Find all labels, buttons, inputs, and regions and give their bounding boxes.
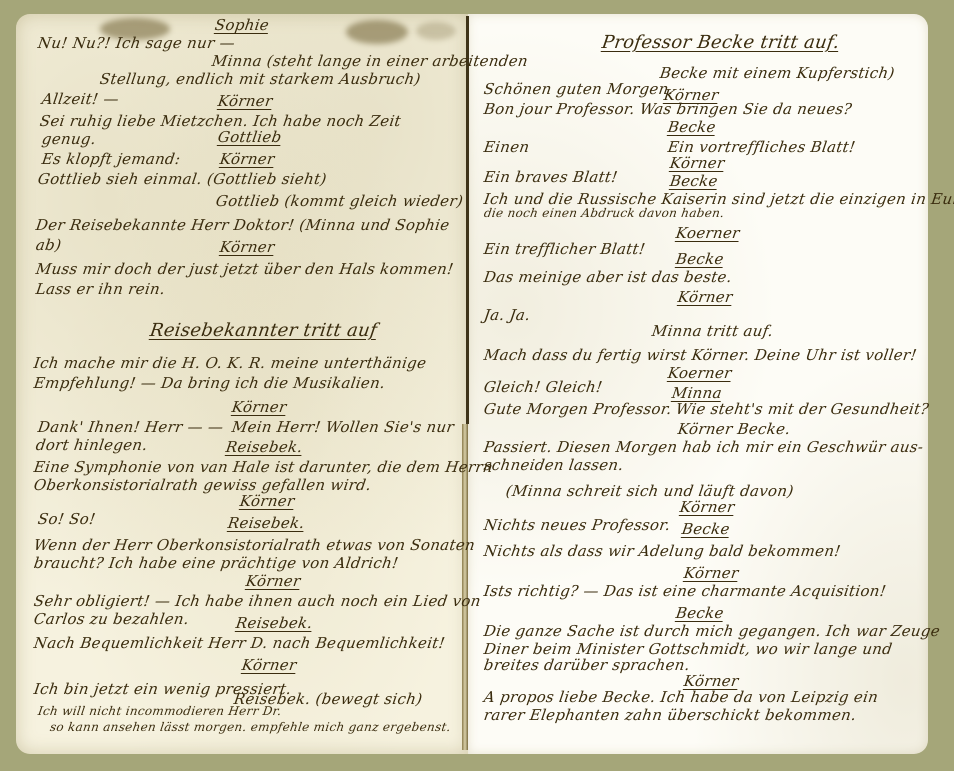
manuscript-line: Bon jour Professor. Was bringen Sie da n… bbox=[483, 100, 854, 118]
speaker-name: Becke bbox=[675, 604, 725, 622]
ink-stain bbox=[416, 22, 456, 40]
manuscript-line: Mein Herr! Wollen Sie's nur bbox=[231, 418, 456, 436]
manuscript-line: Nu! Nu?! Ich sage nur — bbox=[37, 34, 237, 52]
speaker-name: Becke bbox=[681, 520, 731, 538]
manuscript-line: Empfehlung! — Da bring ich die Musikalie… bbox=[33, 374, 387, 392]
manuscript-line: Ja. Ja. bbox=[483, 306, 532, 324]
manuscript-line: Ein braves Blatt! bbox=[483, 168, 619, 186]
manuscript-line: Ich mache mir die H. O. K. R. meine unte… bbox=[33, 354, 428, 372]
manuscript-line: Nach Bequemlichkeit Herr D. nach Bequeml… bbox=[33, 634, 447, 652]
manuscript-line: Oberkonsistorialrath gewiss gefallen wir… bbox=[33, 476, 373, 494]
manuscript-line: Wenn der Herr Oberkonsistorialrath etwas… bbox=[33, 536, 477, 554]
manuscript-line: Der Reisebekannte Herr Doktor! (Minna un… bbox=[35, 216, 451, 234]
manuscript-line: Passiert. Diesen Morgen hab ich mir ein … bbox=[483, 438, 925, 456]
manuscript-line: Die ganze Sache ist durch mich gegangen.… bbox=[483, 622, 942, 640]
speaker-name: Koerner bbox=[667, 364, 733, 382]
manuscript-line: Nichts als dass wir Adelung bald bekomme… bbox=[483, 542, 842, 560]
manuscript-line: Gottlieb sieh einmal. (Gottlieb sieht) bbox=[37, 170, 328, 188]
manuscript-line: Es klopft jemand: bbox=[41, 150, 182, 168]
speaker-name: Körner bbox=[241, 656, 298, 674]
book-spine bbox=[466, 16, 469, 424]
manuscript-line: Einen bbox=[483, 138, 531, 156]
manuscript-line: Gottlieb (kommt gleich wieder) bbox=[215, 192, 465, 210]
manuscript-line: Das meinige aber ist das beste. bbox=[483, 268, 733, 286]
stage-heading: Professor Becke tritt auf. bbox=[601, 32, 841, 53]
manuscript-line: Ich will nicht incommodieren Herr Dr. bbox=[37, 704, 283, 718]
manuscript-line: die noch einen Abdruck davon haben. bbox=[483, 206, 725, 220]
manuscript-line: Carlos zu bezahlen. bbox=[33, 610, 191, 628]
manuscript-line: Schönen guten Morgen. bbox=[483, 80, 675, 98]
speaker-name: Körner bbox=[679, 498, 736, 516]
speaker-name: Körner bbox=[683, 564, 740, 582]
manuscript-line: Nichts neues Professor. bbox=[483, 516, 672, 534]
manuscript-line: rarer Elephanten zahn überschickt bekomm… bbox=[483, 706, 858, 724]
manuscript-line: Muss mir doch der just jetzt über den Ha… bbox=[35, 260, 455, 278]
manuscript-line: Becke mit einem Kupferstich) bbox=[659, 64, 896, 82]
manuscript-line: Ein trefflicher Blatt! bbox=[483, 240, 647, 258]
manuscript-line: Wie steht's mit der Gesundheit? bbox=[675, 400, 930, 418]
manuscript-line: Minna (steht lange in einer arbeitenden bbox=[211, 52, 529, 70]
speaker-name: Körner bbox=[677, 288, 734, 306]
speaker-name: Körner bbox=[219, 238, 276, 256]
manuscript-line: Körner Becke. bbox=[677, 420, 792, 438]
manuscript-line: genug. bbox=[41, 130, 98, 148]
manuscript-line: schneiden lassen. bbox=[483, 456, 625, 474]
speaker-name: Körner bbox=[669, 154, 726, 172]
manuscript-line: Allzeit! — bbox=[41, 90, 120, 108]
speaker-name: Becke bbox=[669, 172, 719, 190]
manuscript-line: breites darüber sprachen. bbox=[483, 656, 691, 674]
manuscript-line: ab) bbox=[35, 236, 63, 254]
speaker-name: Körner bbox=[245, 572, 302, 590]
manuscript-line: (Minna schreit sich und läuft davon) bbox=[505, 482, 795, 500]
manuscript-line: Dank' Ihnen! Herr — — bbox=[37, 418, 225, 436]
speaker-name: Körner bbox=[219, 150, 276, 168]
speaker-name: Becke bbox=[667, 118, 717, 136]
manuscript-line: A propos liebe Becke. Ich habe da von Le… bbox=[483, 688, 880, 706]
manuscript-line: Ists richtig? — Das ist eine charmante A… bbox=[483, 582, 888, 600]
manuscript-line: Minna tritt auf. bbox=[651, 322, 775, 340]
manuscript-line: Sehr obligiert! — Ich habe ihnen auch no… bbox=[33, 592, 482, 610]
speaker-name: Reisebek. bbox=[235, 614, 314, 632]
speaker-name: Reisebek. bbox=[227, 514, 306, 532]
manuscript-line: Lass er ihn rein. bbox=[35, 280, 167, 298]
speaker-name: Reisebek. bbox=[225, 438, 304, 456]
ink-stain bbox=[346, 20, 408, 44]
manuscript-line: Gute Morgen Professor. bbox=[483, 400, 673, 418]
manuscript-line: So! So! bbox=[37, 510, 97, 528]
speaker-name: Gottlieb bbox=[217, 128, 283, 146]
manuscript-line: Mach dass du fertig wirst Körner. Deine … bbox=[483, 346, 918, 364]
manuscript-line: Eine Symphonie von van Hale ist darunter… bbox=[33, 458, 494, 476]
speaker-name: Körner bbox=[239, 492, 296, 510]
speaker-name: Koerner bbox=[675, 224, 741, 242]
speaker-name: Sophie bbox=[214, 16, 271, 34]
stage-heading: Reisebekannter tritt auf bbox=[149, 320, 379, 341]
speaker-name: Becke bbox=[675, 250, 725, 268]
speaker-name: Körner bbox=[217, 92, 274, 110]
speaker-name: Körner bbox=[231, 398, 288, 416]
manuscript-line: Stellung, endlich mit starkem Ausbruch) bbox=[99, 70, 422, 88]
manuscript-line: so kann ansehen lässt morgen. empfehle m… bbox=[49, 720, 452, 734]
manuscript-line: braucht? Ich habe eine prächtige von Ald… bbox=[33, 554, 400, 572]
manuscript-line: Gleich! Gleich! bbox=[483, 378, 604, 396]
manuscript-line: dort hinlegen. bbox=[35, 436, 149, 454]
